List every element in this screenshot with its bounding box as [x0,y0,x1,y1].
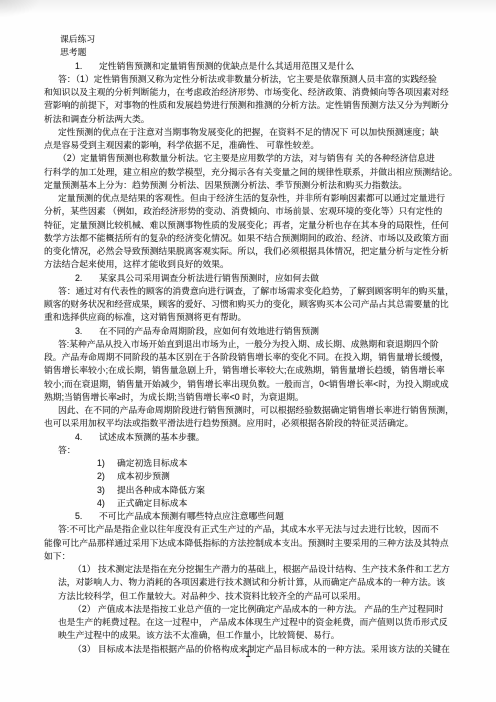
document-body: 课后练习思考题1.定性销售预测和定量销售预测的优缺点是什么其适用范围又是什么答：… [44,33,453,656]
line-text: 思考题 [60,47,86,57]
step-list-item: 3)提出各种成本降低方案 [44,484,453,497]
line-text: （1） 技术测定法是指在充分挖掘生产潜力的基础上，根据产品设计结构、生产技术条件… [73,564,450,574]
line-text: 点是容易受到主观因素的影响，科学依据不足，准确性、 可靠性较差。 [44,140,319,150]
line-text: 析法和调查分析法两大类。 [44,114,150,124]
list-number: 1. [75,60,99,73]
line-text: 定性销售预测和定量销售预测的优缺点是什么其适用范围又是什么 [99,61,354,71]
line-text: 销售增长率较小;在成长期，销售量急剧上升，销售增长率较大;在成熟期，销售量增长趋… [44,365,445,375]
line-text: 营影响的前提下，对事物的性质和发展趋势进行预测和推测的分析方法。定性销售预测方法… [44,100,449,110]
method-paragraph-line: （2） 产值成本法是指按工业总产值的一定比例确定产品成本的一种方法。 产品的生产… [44,603,453,616]
question-line: 3.在不同的产品寿命周期阶段，应如何有效地进行销售预测 [44,325,453,338]
line-text: 如下： [44,551,70,561]
answer-line: 重和选择供应商的标准，这对销售预测将更有帮助。 [44,311,453,324]
answer-line: 的变化情况，必然会导致预测结果脱离客观实际。所以，我们必须根据具体情况，把定量分… [44,245,453,258]
line-text: 答：通过对有代表性的顾客的消费意向进行调查，了解市场需求变化趋势，了解到顾客明年… [58,286,454,296]
step-list-item: 4)正式确定目标成本 [44,497,453,510]
list-number: 4. [75,431,99,444]
scan-shade [0,0,496,14]
answer-line: 方法比较科学，但工作量较大。对品种少、技术资料比较齐全的产品可以采用。 [44,590,453,603]
line-text: 答： [58,445,76,455]
answer-line: 顾客的财务状况和经营成果，顾客的爱好、习惯和购买力的变化，顾客购买本公司产品占其… [44,298,453,311]
answer-line: 答:某种产品从投入市场开始直到退出市场为止，一般分为投入期、成长期、成熟期和衰退… [44,338,453,351]
answer-line: 能像可比产品那样通过采用下达成本降低指标的方法控制成本支出。预测时主要采用的三种… [44,537,453,550]
heading-line: 课后练习 [44,33,453,46]
line-text: 段。产品寿命周期不同阶段的基本区别在于各阶段销售增长率的变化不同。在投入期，销售… [44,352,449,362]
line-text: 课后练习 [60,34,95,44]
line-text: 提出各种成本降低方案 [117,485,205,495]
step-list-item: 2)成本初步预测 [44,470,453,483]
answer-line: 也是生产的耗费过程。在这一过程中， 产品成本体现生产过程中的资金耗费，而产值则以… [44,616,453,629]
line-text: 正式确定目标成本 [117,498,187,508]
question-line: 4.试述成本预测的基本步骤。 [44,431,453,444]
answer-line: 熟期;当销售增长率≥时，为成长期;当销售增长率<0 时，为衰退期。 [44,391,453,404]
answer-line: 也可以采用加权平均法或指数平滑法进行趋势预测。应用时，必须根据各阶段的特征灵活确… [44,417,453,430]
answer-line: 营影响的前提下，对事物的性质和发展趋势进行预测和推测的分析方法。定性销售预测方法… [44,99,453,112]
answer-line: 答:不可比产品是指企业以往年度没有正式生产过的产品，其成本水平无法与过去进行比较… [44,523,453,536]
answer-line: （2）定量销售预测也称数量分析法。它主要是应用数学的方法，对与销售有 关的各种经… [44,152,453,165]
answer-line: 因此、在不同的产品寿命周期阶段进行销售预测时，可以根据经验数据确定销售增长率进行… [44,404,453,417]
answer-line: 行科学的加工处理，建立相应的数学模型，充分揭示各有关变量之间的规律性联系，并做出… [44,166,453,179]
list-number: 3) [97,484,117,497]
list-number: 4) [97,497,117,510]
answer-line: 析法和调查分析法两大类。 [44,113,453,126]
answer-line: 销售增长率较小;在成长期，销售量急剧上升，销售增长率较大;在成熟期，销售量增长趋… [44,364,453,377]
answer-line: 定量预测基本上分为：趋势预测 分析法、因果预测分析法、季节预测分析法和购买力指数… [44,179,453,192]
answer-line: 法，对影响人力、物力消耗的各项因素进行技术测试和分析计算，从而确定产品成本的一种… [44,576,453,589]
answer-line: 答：通过对有代表性的顾客的消费意向进行调查，了解市场需求变化趋势，了解到顾客明年… [44,285,453,298]
answer-line: 点是容易受到主观因素的影响，科学依据不足，准确性、 可靠性较差。 [44,139,453,152]
line-text: 法，对影响人力、物力消耗的各项因素进行技术测试和分析计算，从而确定产品成本的一种… [58,577,445,587]
question-line: 1.定性销售预测和定量销售预测的优缺点是什么其适用范围又是什么 [44,60,453,73]
line-text: 也是生产的耗费过程。在这一过程中， 产品成本体现生产过程中的资金耗费，而产值则以… [58,617,448,627]
line-text: 熟期;当销售增长率≥时，为成长期;当销售增长率<0 时，为衰退期。 [44,392,304,402]
line-text: 答:不可比产品是指企业以往年度没有正式生产过的产品，其成本水平无法与过去进行比较… [58,524,439,534]
line-text: 顾客的财务状况和经营成果，顾客的爱好、习惯和购买力的变化，顾客购买本公司产品占其… [44,299,449,309]
line-text: 某家具公司采用调查分析法进行销售预测时，应如何去做 [99,273,319,283]
line-text: 重和选择供应商的标准，这对销售预测将更有帮助。 [44,312,246,322]
answer-line: 定量预测的优点是结果的客观性。但由于经济生活的复杂性，并非所有影响因素都可以通过… [44,192,453,205]
line-text: 定量预测基本上分为：趋势预测 分析法、因果预测分析法、季节预测分析法和购买力指数… [44,180,407,190]
line-text: 答：（1）定性销售预测又称为定性分析法或非数量分析法，它主要是依靠预测人员丰富的… [58,74,437,84]
line-text: 试述成本预测的基本步骤。 [99,432,205,442]
line-text: 分析，某些因素 （例如，政治经济形势的变动、消费倾向、市场前景、宏观环境的变化等… [44,206,442,216]
line-text: 确定初选目标成本 [117,458,187,468]
line-text: 因此、在不同的产品寿命周期阶段进行销售预测时，可以根据经验数据确定销售增长率进行… [58,405,454,415]
list-number: 2) [97,470,117,483]
answer-line: 和知识以及主观的分析判断能力，在考虑政治经济形势、市场变化、经济政策、消费倾向等… [44,86,453,99]
line-text: （2）定量销售预测也称数量分析法。它主要是应用数学的方法，对与销售有 关的各种经… [58,153,435,163]
line-text: 较小;而在衰退期，销售量开始减少，销售增长率出现负数。一般而言，0<销售增长率<… [44,379,449,389]
line-text: 方法比较科学，但工作量较大。对品种少、技术资料比较齐全的产品可以采用。 [58,591,366,601]
line-text: 的变化情况，必然会导致预测结果脱离客观实际。所以，我们必须根据具体情况，把定量分… [44,246,449,256]
line-text: 数学方法都不能概括所有的复杂的经济变化情况。如果不结合预测期间的政治、经济、市场… [44,233,449,243]
line-text: （2） 产值成本法是指按工业总产值的一定比例确定产品成本的一种方法。 产品的生产… [73,604,443,614]
line-text: 方法结合起来使用，这样才能收到良好的效果。 [44,259,229,269]
method-paragraph-line: （1） 技术测定法是指在充分挖掘生产潜力的基础上，根据产品设计结构、生产技术条件… [44,563,453,576]
answer-line: 较小;而在衰退期，销售量开始减少，销售增长率出现负数。一般而言，0<销售增长率<… [44,378,453,391]
line-text: 定性预测的优点在于注意对当期事物发展变化的把握，在资料不足的情况下 可以加快预测… [58,127,439,137]
answer-line: 如下： [44,550,453,563]
question-line: 5.不可比产品成本预测有哪些特点应注意哪些问题 [44,510,453,523]
answer-line: 定性预测的优点在于注意对当期事物发展变化的把握，在资料不足的情况下 可以加快预测… [44,126,453,139]
scan-smudge-icon [0,0,40,18]
line-text: 也可以采用加权平均法或指数平滑法进行趋势预测。应用时，必须根据各阶段的特征灵活确… [44,418,413,428]
answer-line: 答：（1）定性销售预测又称为定性分析法或非数量分析法，它主要是依靠预测人员丰富的… [44,73,453,86]
list-number: 5. [75,510,99,523]
line-text: 在不同的产品寿命周期阶段，应如何有效地进行销售预测 [99,326,319,336]
page-number: 1 [0,649,496,660]
line-text: 不可比产品成本预测有哪些特点应注意哪些问题 [99,511,284,521]
answer-line: 段。产品寿命周期不同阶段的基本区别在于各阶段销售增长率的变化不同。在投入期，销售… [44,351,453,364]
line-text: 能像可比产品那样通过采用下达成本降低指标的方法控制成本支出。预测时主要采用的三种… [44,538,449,548]
step-list-item: 1)确定初选目标成本 [44,457,453,470]
answer-line: 映生产过程中的成果。该方法不太准确，但工作量小，比较简便、易行。 [44,629,453,642]
answer-line: 特征，定量预测比较机械、难以预测事物性质的发展变化；再者，定量分析也存在其本身的… [44,219,453,232]
line-text: 答:某种产品从投入市场开始直到退出市场为止，一般分为投入期、成长期、成熟期和衰退… [58,339,439,349]
heading-line: 思考题 [44,46,453,59]
question-line: 2.某家具公司采用调查分析法进行销售预测时，应如何去做 [44,272,453,285]
line-text: 映生产过程中的成果。该方法不太准确，但工作量小，比较简便、易行。 [58,630,340,640]
list-number: 3. [75,325,99,338]
answer-line: 方法结合起来使用，这样才能收到良好的效果。 [44,258,453,271]
answer-line: 数学方法都不能概括所有的复杂的经济变化情况。如果不结合预测期间的政治、经济、市场… [44,232,453,245]
line-text: 行科学的加工处理，建立相应的数学模型，充分揭示各有关变量之间的规律性联系，并做出… [44,167,457,177]
line-text: 成本初步预测 [117,471,170,481]
line-text: 定量预测的优点是结果的客观性。但由于经济生活的复杂性，并非所有影响因素都可以通过… [58,193,445,203]
list-number: 1) [97,457,117,470]
answer-line: 答： [44,444,453,457]
document-page: 课后练习思考题1.定性销售预测和定量销售预测的优缺点是什么其适用范围又是什么答：… [0,0,496,702]
answer-line: 分析，某些因素 （例如，政治经济形势的变动、消费倾向、市场前景、宏观环境的变化等… [44,205,453,218]
line-text: 和知识以及主观的分析判断能力，在考虑政治经济形势、市场变化、经济政策、消费倾向等… [44,87,449,97]
list-number: 2. [75,272,99,285]
line-text: 特征，定量预测比较机械、难以预测事物性质的发展变化；再者，定量分析也存在其本身的… [44,220,449,230]
